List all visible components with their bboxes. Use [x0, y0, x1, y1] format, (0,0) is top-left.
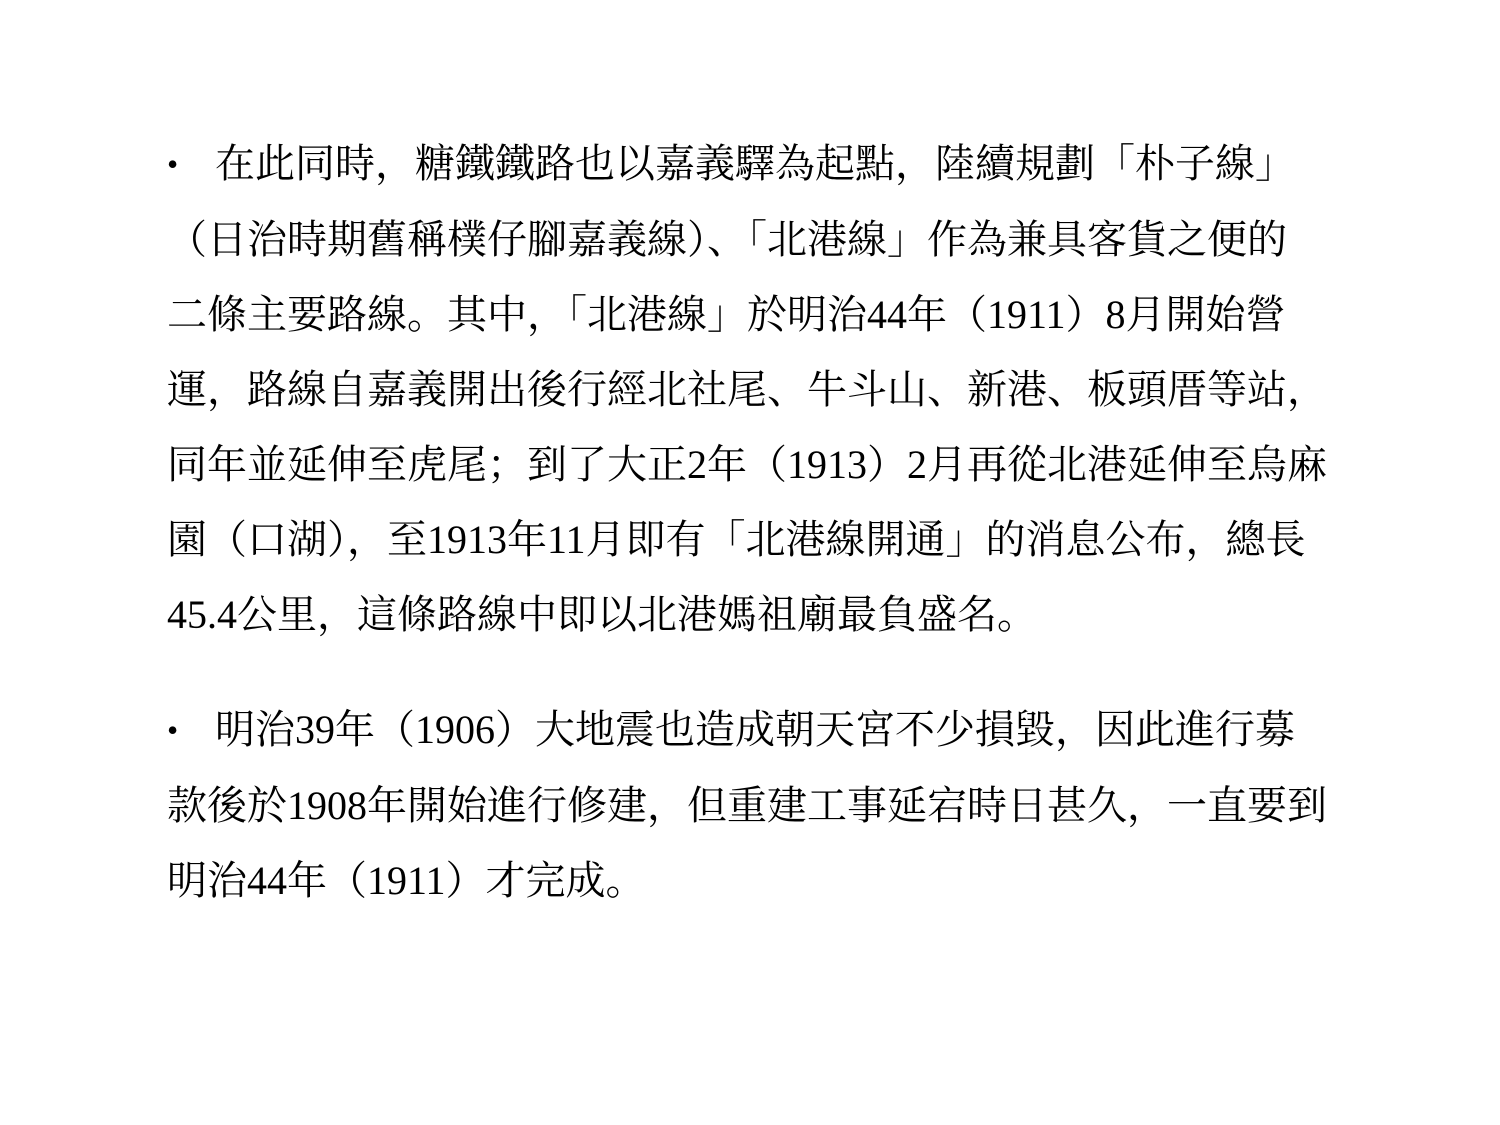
text-run: 二條主要路線。其中，「北港線」於明治44年（1911）8月開始營	[167, 292, 1286, 337]
text-line: 45.4公里，這條路線中即以北港媽祖廟最負盛名。	[167, 577, 1407, 652]
text-run: 45.4公里，這條路線中即以北港媽祖廟最負盛名。	[167, 592, 1037, 637]
text-run: 運，路線自嘉義開出後行經北社尾、牛斗山、新港、板頭厝等站，	[167, 367, 1327, 412]
text-line: 二條主要路線。其中，「北港線」於明治44年（1911）8月開始營	[167, 277, 1407, 352]
slide-content: •在此同時，糖鐵鐵路也以嘉義驛為起點，陸續規劃「朴子線」（日治時期舊稱樸仔腳嘉義…	[167, 126, 1407, 918]
text-run: 在此同時，糖鐵鐵路也以嘉義驛為起點，陸續規劃「朴子線」	[215, 141, 1295, 186]
text-line: 款後於1908年開始進行修建，但重建工事延宕時日甚久，一直要到	[167, 768, 1407, 843]
slide: •在此同時，糖鐵鐵路也以嘉義驛為起點，陸續規劃「朴子線」（日治時期舊稱樸仔腳嘉義…	[0, 0, 1500, 1125]
bullet-marker: •	[167, 127, 215, 202]
text-line: •在此同時，糖鐵鐵路也以嘉義驛為起點，陸續規劃「朴子線」	[167, 126, 1407, 202]
text-run: 明治39年（1906）大地震也造成朝天宮不少損毀，因此進行募	[215, 707, 1295, 752]
bullet-paragraph-2: •明治39年（1906）大地震也造成朝天宮不少損毀，因此進行募款後於1908年開…	[167, 692, 1407, 918]
text-run: 明治44年（1911）才完成。	[167, 858, 646, 903]
text-run: （日治時期舊稱樸仔腳嘉義線）、「北港線」作為兼具客貨之便的	[167, 217, 1287, 262]
text-line: 明治44年（1911）才完成。	[167, 843, 1407, 918]
text-line: •明治39年（1906）大地震也造成朝天宮不少損毀，因此進行募	[167, 692, 1407, 768]
bullet-paragraph-1: •在此同時，糖鐵鐵路也以嘉義驛為起點，陸續規劃「朴子線」（日治時期舊稱樸仔腳嘉義…	[167, 126, 1407, 652]
text-line: （日治時期舊稱樸仔腳嘉義線）、「北港線」作為兼具客貨之便的	[167, 202, 1407, 277]
text-line: 同年並延伸至虎尾；到了大正2年（1913）2月再從北港延伸至烏麻	[167, 427, 1407, 502]
text-line: 園（口湖），至1913年11月即有「北港線開通」的消息公布，總長	[167, 502, 1407, 577]
text-run: 款後於1908年開始進行修建，但重建工事延宕時日甚久，一直要到	[167, 783, 1327, 828]
text-run: 園（口湖），至1913年11月即有「北港線開通」的消息公布，總長	[167, 517, 1306, 562]
text-run: 同年並延伸至虎尾；到了大正2年（1913）2月再從北港延伸至烏麻	[167, 442, 1327, 487]
text-line: 運，路線自嘉義開出後行經北社尾、牛斗山、新港、板頭厝等站，	[167, 352, 1407, 427]
bullet-marker: •	[167, 693, 215, 768]
